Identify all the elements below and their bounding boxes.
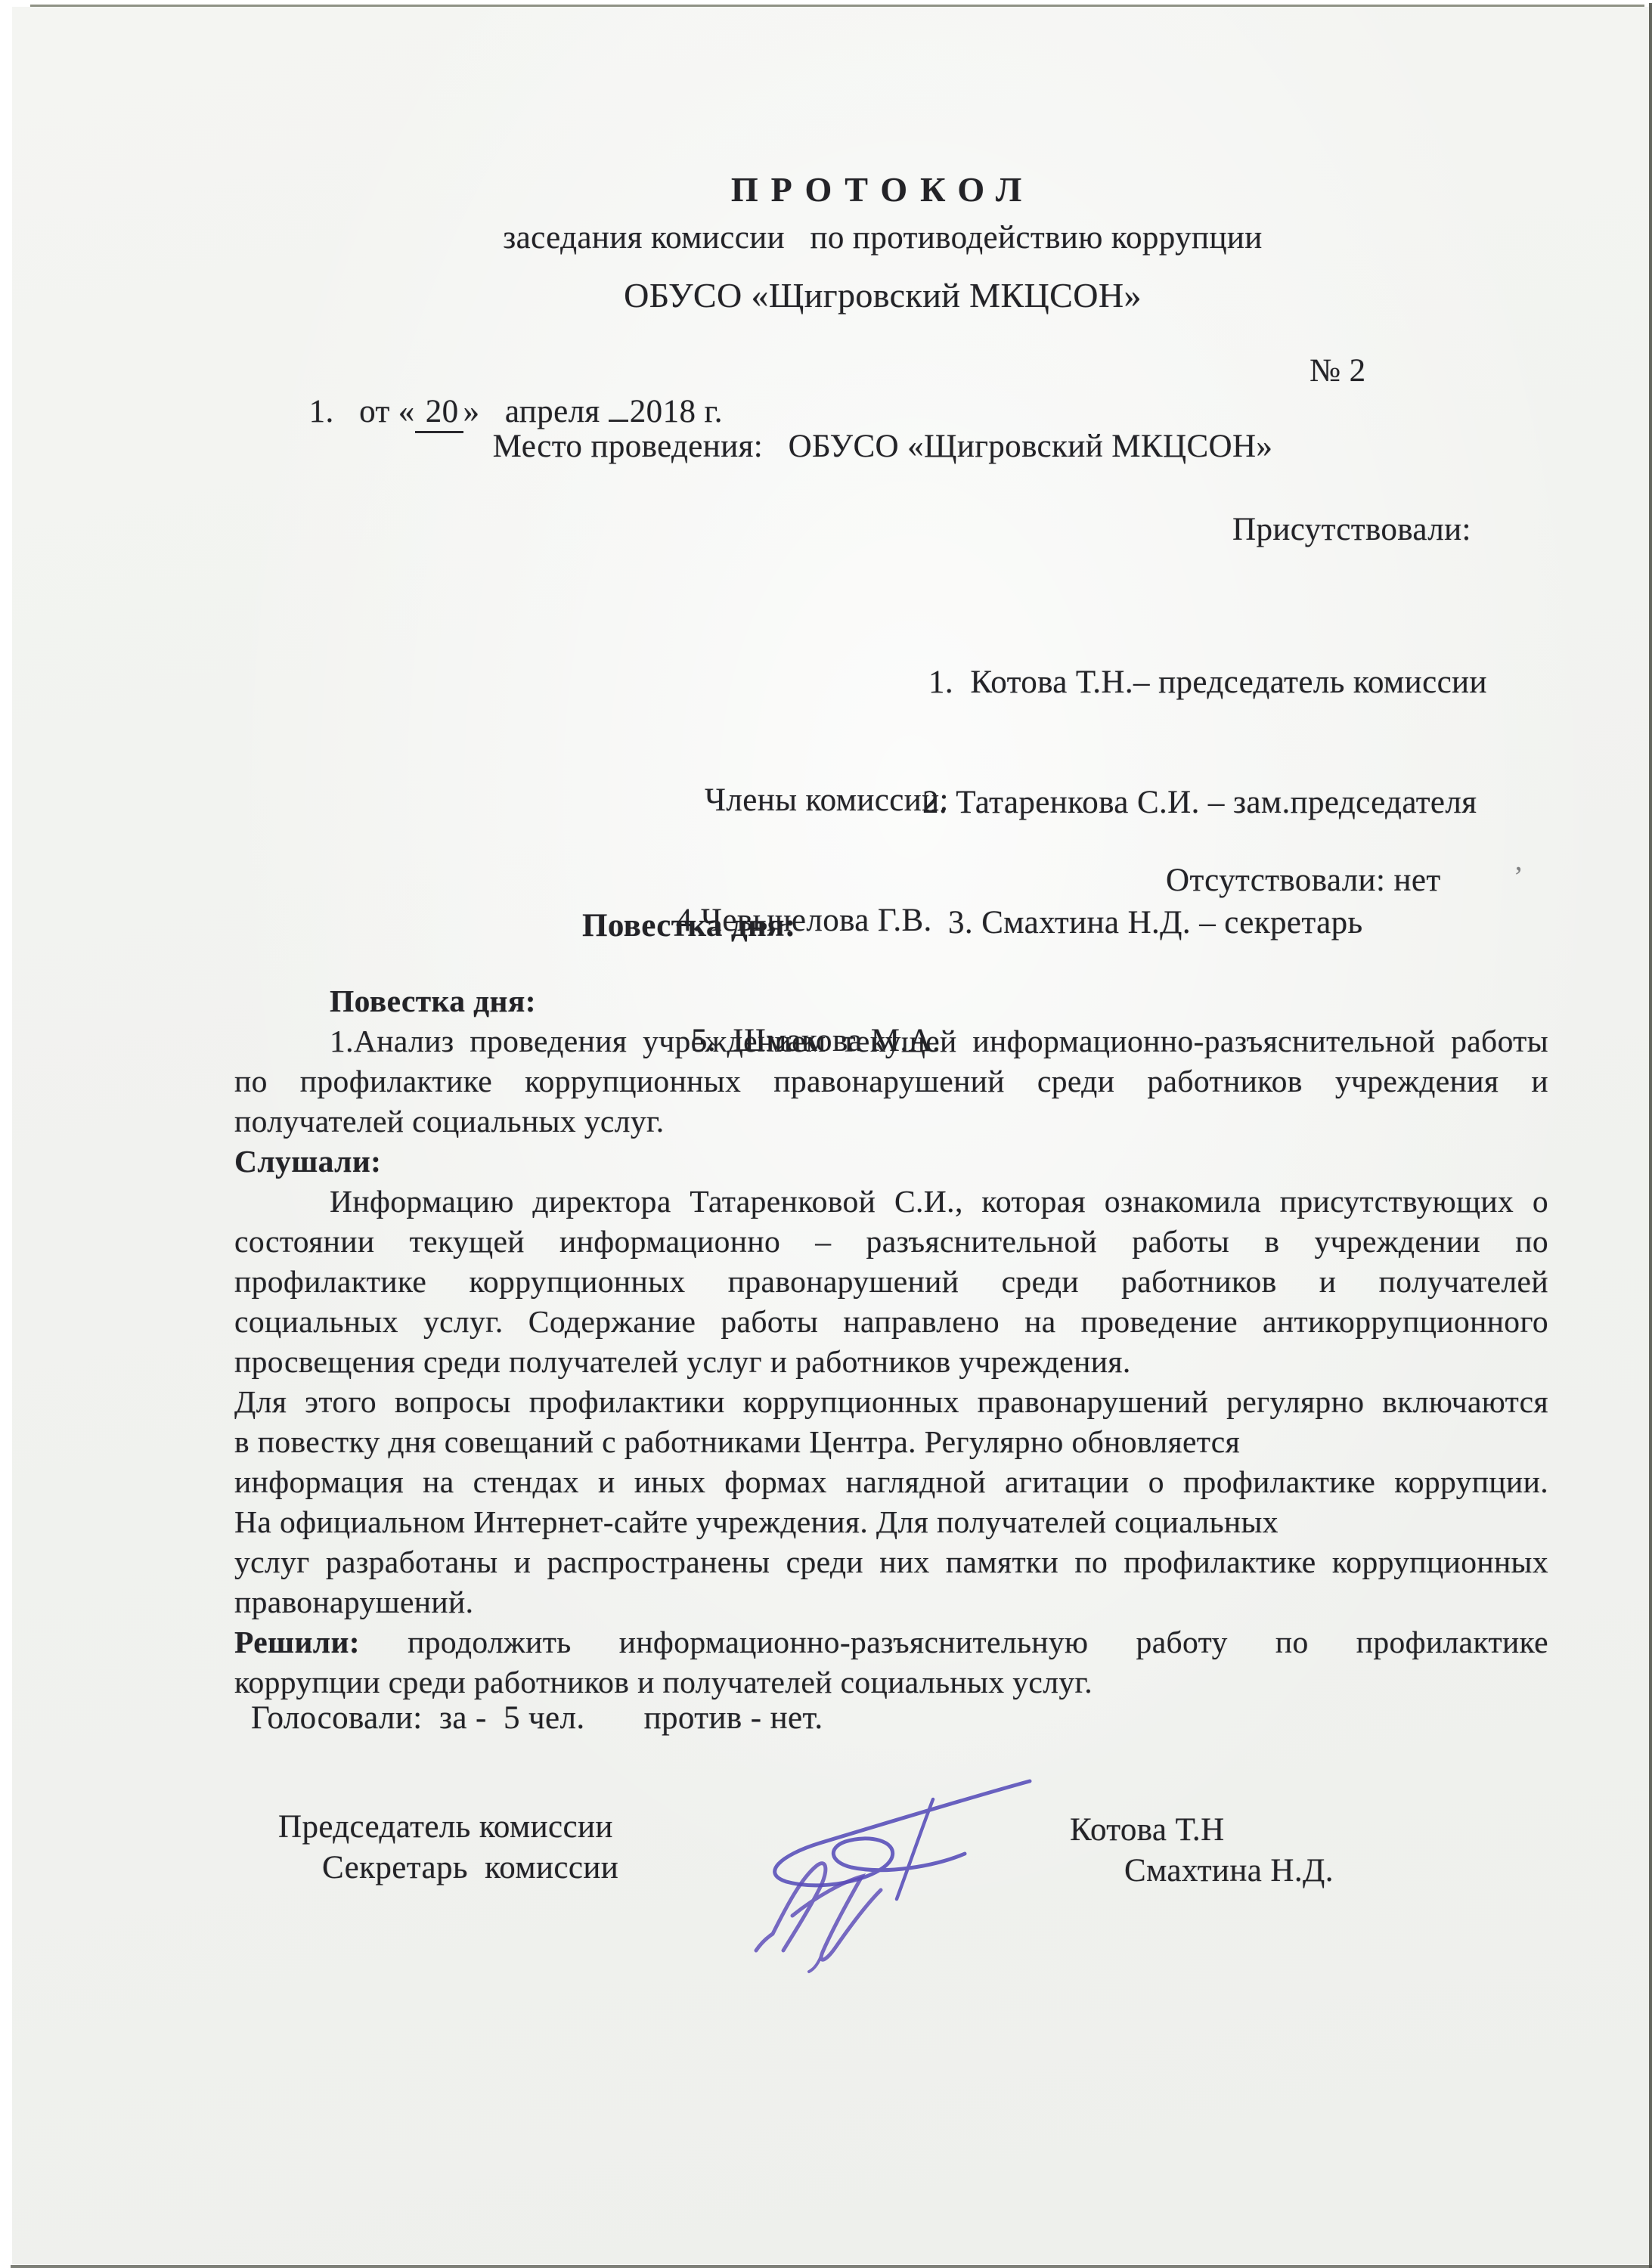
signature-role-chair: Председатель комиссии (278, 1808, 613, 1845)
date-mid: » апреля (463, 394, 609, 429)
body-line: Решили: продолжить информационно-разъясн… (234, 1622, 1548, 1662)
body-line: социальных услуг. Содержание работы напр… (234, 1302, 1548, 1342)
protocol-number: № 2 (1310, 352, 1365, 389)
scan-edge-right (1649, 3, 1652, 2268)
location-line: Место проведения: ОБУСО «Щигровский МКЦС… (113, 428, 1652, 465)
body-line: Для этого вопросы профилактики коррупцио… (234, 1382, 1548, 1422)
resolved-text: продолжить информационно-разъяснительную… (408, 1625, 1548, 1659)
resolved-label: Решили: (234, 1625, 360, 1659)
body-line: в повестку дня совещаний с работниками Ц… (234, 1422, 1548, 1462)
body-line: коррупции среди работников и получателей… (234, 1662, 1548, 1703)
doc-subtitle: заседания комиссии по противодействию ко… (113, 219, 1652, 256)
body-line: получателей социальных услуг. (234, 1101, 1548, 1142)
body-line: На официальном Интернет-сайте учреждения… (234, 1502, 1548, 1542)
signature-role-secretary: Секретарь комиссии (322, 1849, 618, 1886)
doc-title: ПРОТОКОЛ (113, 169, 1652, 209)
agenda-heading: Повестка дня: (582, 907, 796, 944)
scan-edge-top (30, 5, 1644, 7)
body-line: профилактике коррупционных правонарушени… (234, 1262, 1548, 1302)
body-line: 1.Анализ проведения учреждением текущей … (234, 1021, 1548, 1061)
body-line: Информацию директора Татаренковой С.И., … (234, 1182, 1548, 1222)
absent-line: Отсутствовали: нет (1166, 862, 1441, 899)
body-line: информация на стендах и иных формах нагл… (234, 1462, 1548, 1502)
present-item: 1. Котова Т.Н.– председатель комиссии (928, 662, 1579, 702)
scan-noise-mark: ’ (1514, 860, 1523, 894)
signature-name-chair: Котова Т.Н (1070, 1811, 1225, 1848)
body-line: Слушали: (234, 1142, 1548, 1182)
secretary-signature-ink (747, 1852, 925, 1973)
present-label: Присутствовали: (1232, 511, 1471, 548)
date-year: 2018 г. (630, 394, 723, 429)
date-prefix: 1. от « (309, 394, 415, 429)
body-line: просвещения среди получателей услуг и ра… (234, 1342, 1548, 1382)
blank-underline (609, 389, 628, 422)
body-text: Повестка дня: 1.Анализ проведения учрежд… (234, 981, 1548, 1703)
doc-organization: ОБУСО «Щигровский МКЦСОН» (113, 275, 1652, 315)
body-line: услуг разработаны и распространены среди… (234, 1542, 1548, 1582)
body-line: Повестка дня: (234, 981, 1548, 1021)
vote-line: Голосовали: за - 5 чел. против - нет. (251, 1699, 823, 1737)
body-line: состоянии текущей информационно – разъяс… (234, 1222, 1548, 1262)
scanned-document: ПРОТОКОЛ заседания комиссии по противоде… (0, 0, 1652, 2268)
members-label: Члены комиссии: (705, 780, 1205, 820)
scan-edge-bottom (11, 2265, 1652, 2268)
body-line: правонарушений. (234, 1582, 1548, 1622)
body-line: по профилактике коррупционных правонаруш… (234, 1061, 1548, 1101)
signature-name-secretary: Смахтина Н.Д. (1124, 1852, 1334, 1889)
